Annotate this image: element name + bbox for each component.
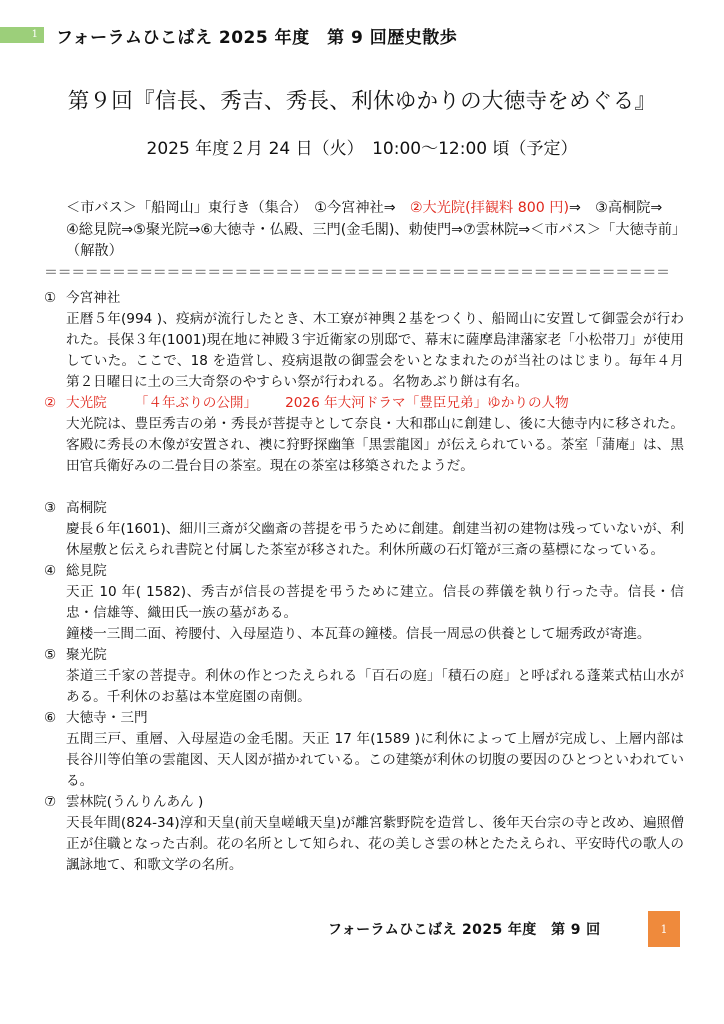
section-heading: ④ 総見院: [44, 561, 684, 582]
section-subtitle: 2026 年大河ドラマ「豊臣兄弟」ゆかりの人物: [285, 393, 569, 414]
section-number: ④: [44, 561, 66, 582]
section-heading: ② 大光院 「４年ぶりの公開」 2026 年大河ドラマ「豊臣兄弟」ゆかりの人物: [44, 393, 684, 414]
section-number: ⑤: [44, 645, 66, 666]
section-body: 茶道三千家の菩提寺。利休の作とつたえられる「百石の庭」「積石の庭」と呼ばれる蓬莱…: [66, 666, 684, 708]
section-title: 総見院: [66, 561, 107, 582]
section-number: ③: [44, 498, 66, 519]
section-number: ⑥: [44, 708, 66, 729]
section-title: 大光院: [66, 393, 107, 414]
section-body-extra: 鐘楼一三間二面、袴腰付、入母屋造り、本瓦葺の鐘楼。信長一周忌の供養として堀秀政が…: [66, 624, 684, 645]
section-title: 雲林院(うんりんあん ): [66, 792, 203, 813]
section-subtitle: 「４年ぶりの公開」: [135, 393, 257, 414]
section-sokenin: ④ 総見院 天正 10 年( 1582)、秀吉が信長の菩提を弔うために建立。信長…: [44, 561, 684, 645]
section-body: 天正 10 年( 1582)、秀吉が信長の菩提を弔うために建立。信長の葬儀を執り…: [66, 582, 684, 624]
section-heading: ③ 高桐院: [44, 498, 684, 519]
section-imamiya: ① 今宮神社 正暦５年(994 )、疫病が流行したとき、木工寮が神輿２基をつくり…: [44, 288, 684, 393]
section-jukoin: ⑤ 聚光院 茶道三千家の菩提寺。利休の作とつたえられる「百石の庭」「積石の庭」と…: [44, 645, 684, 708]
section-heading: ⑥ 大徳寺・三門: [44, 708, 684, 729]
section-body: 五間三戸、重層、入母屋造の金毛閣。天正 17 年(1589 )に利休によって上層…: [66, 729, 684, 792]
section-number: ⑦: [44, 792, 66, 813]
header-title: フォーラムひこばえ 2025 年度 第 9 回歴史散歩: [56, 23, 457, 48]
section-body: 大光院は、豊臣秀吉の弟・秀長が菩提寺として奈良・大和郡山に創建し、後に大徳寺内に…: [66, 414, 684, 477]
separator-line: ＝＝＝＝＝＝＝＝＝＝＝＝＝＝＝＝＝＝＝＝＝＝＝＝＝＝＝＝＝＝＝＝＝＝＝＝＝＝＝＝…: [44, 262, 684, 282]
section-daitokuji-sanmon: ⑥ 大徳寺・三門 五間三戸、重層、入母屋造の金毛閣。天正 17 年(1589 )…: [44, 708, 684, 792]
sections-list: ① 今宮神社 正暦５年(994 )、疫病が流行したとき、木工寮が神輿２基をつくり…: [44, 288, 684, 876]
section-daikoin: ② 大光院 「４年ぶりの公開」 2026 年大河ドラマ「豊臣兄弟」ゆかりの人物 …: [44, 393, 684, 477]
route-start: ＜市バス＞「船岡山」東行き（集合） ①今宮神社⇒: [66, 200, 410, 216]
section-number: ②: [44, 393, 66, 414]
section-unrinin: ⑦ 雲林院(うんりんあん ) 天長年間(824-34)淳和天皇(前天皇嵯峨天皇)…: [44, 792, 684, 876]
section-title: 高桐院: [66, 498, 107, 519]
main-title: 第９回『信長、秀吉、秀長、利休ゆかりの大徳寺をめぐる』: [0, 84, 724, 115]
page-tab: 1: [0, 27, 44, 43]
footer-title: フォーラムひこばえ 2025 年度 第 9 回: [328, 919, 601, 939]
section-heading: ① 今宮神社: [44, 288, 684, 309]
section-body: 慶長６年(1601)、細川三斎が父幽斎の菩提を弔うために創建。創建当初の建物は残…: [66, 519, 684, 561]
section-kotoin: ③ 高桐院 慶長６年(1601)、細川三斎が父幽斎の菩提を弔うために創建。創建当…: [44, 498, 684, 561]
section-number: ①: [44, 288, 66, 309]
section-title: 聚光院: [66, 645, 107, 666]
section-heading: ⑤ 聚光院: [44, 645, 684, 666]
route-description: ＜市バス＞「船岡山」東行き（集合） ①今宮神社⇒ ②大光院(拝観料 800 円)…: [66, 198, 686, 263]
route-highlight: ②大光院(拝観料 800 円): [410, 200, 569, 216]
section-body: 正暦５年(994 )、疫病が流行したとき、木工寮が神輿２基をつくり、船岡山に安置…: [66, 309, 684, 393]
section-title: 大徳寺・三門: [66, 708, 148, 729]
section-body: 天長年間(824-34)淳和天皇(前天皇嵯峨天皇)が離宮紫野院を造営し、後年天台…: [66, 813, 684, 876]
section-title: 今宮神社: [66, 288, 120, 309]
page-number-badge: 1: [648, 911, 680, 947]
event-date: 2025 年度２月 24 日（火） 10:00〜12:00 頃（予定）: [0, 134, 724, 159]
section-heading: ⑦ 雲林院(うんりんあん ): [44, 792, 684, 813]
